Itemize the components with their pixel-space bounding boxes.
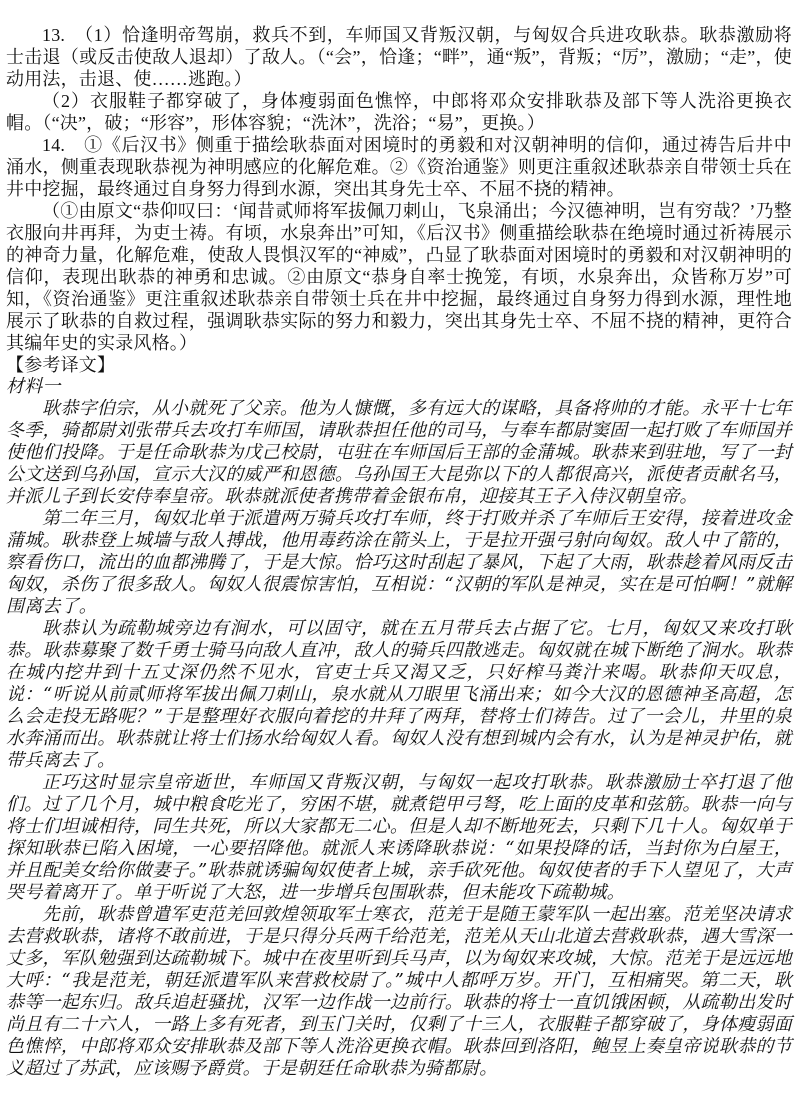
answer-14-main: 14. ①《后汉书》侧重于描绘耿恭面对困境时的勇毅和对汉朝神明的信仰，通过祷告后… xyxy=(6,134,792,200)
translation-paragraph-3: 耿恭认为疏勒城旁边有涧水，可以固守，就在五月带兵去占据了它。七月，匈奴又来攻打耿… xyxy=(6,618,792,772)
answer-13-part2: （2）衣服鞋子都穿破了，身体瘦弱面色憔悴，中郎将邓众安排耿恭及部下等人洗浴更换衣… xyxy=(6,90,792,134)
translation-paragraph-4: 正巧这时显宗皇帝逝世，车师国又背叛汉朝，与匈奴一起攻打耿恭。耿恭激励士卒打退了他… xyxy=(6,772,792,904)
material-one-label: 材料一 xyxy=(6,376,792,398)
translation-paragraph-5: 先前，耿恭曾遣军吏范羌回敦煌领取军士寒衣，范羌于是随王蒙军队一起出塞。范羌坚决请… xyxy=(6,904,792,1080)
answer-13-part1: 13. （1）恰逢明帝驾崩，救兵不到，车师国又背叛汉朝，与匈奴合兵进攻耿恭。耿恭… xyxy=(6,24,792,90)
reference-translation-header: 【参考译文】 xyxy=(6,354,792,376)
translation-paragraph-1: 耿恭字伯宗，从小就死了父亲。他为人慷慨，多有远大的谋略，具备将帅的才能。永平十七… xyxy=(6,398,792,508)
translation-paragraph-2: 第二年三月，匈奴北单于派遣两万骑兵攻打车师，终于打败并杀了车师后王安得，接着进攻… xyxy=(6,508,792,618)
answer-14-analysis: （①由原文“恭仰叹曰：‘闻昔贰师将军拔佩刀刺山，飞泉涌出；今汉德神明，岂有穷哉？… xyxy=(6,200,792,354)
document-page: 13. （1）恰逢明帝驾崩，救兵不到，车师国又背叛汉朝，与匈奴合兵进攻耿恭。耿恭… xyxy=(0,0,800,1114)
